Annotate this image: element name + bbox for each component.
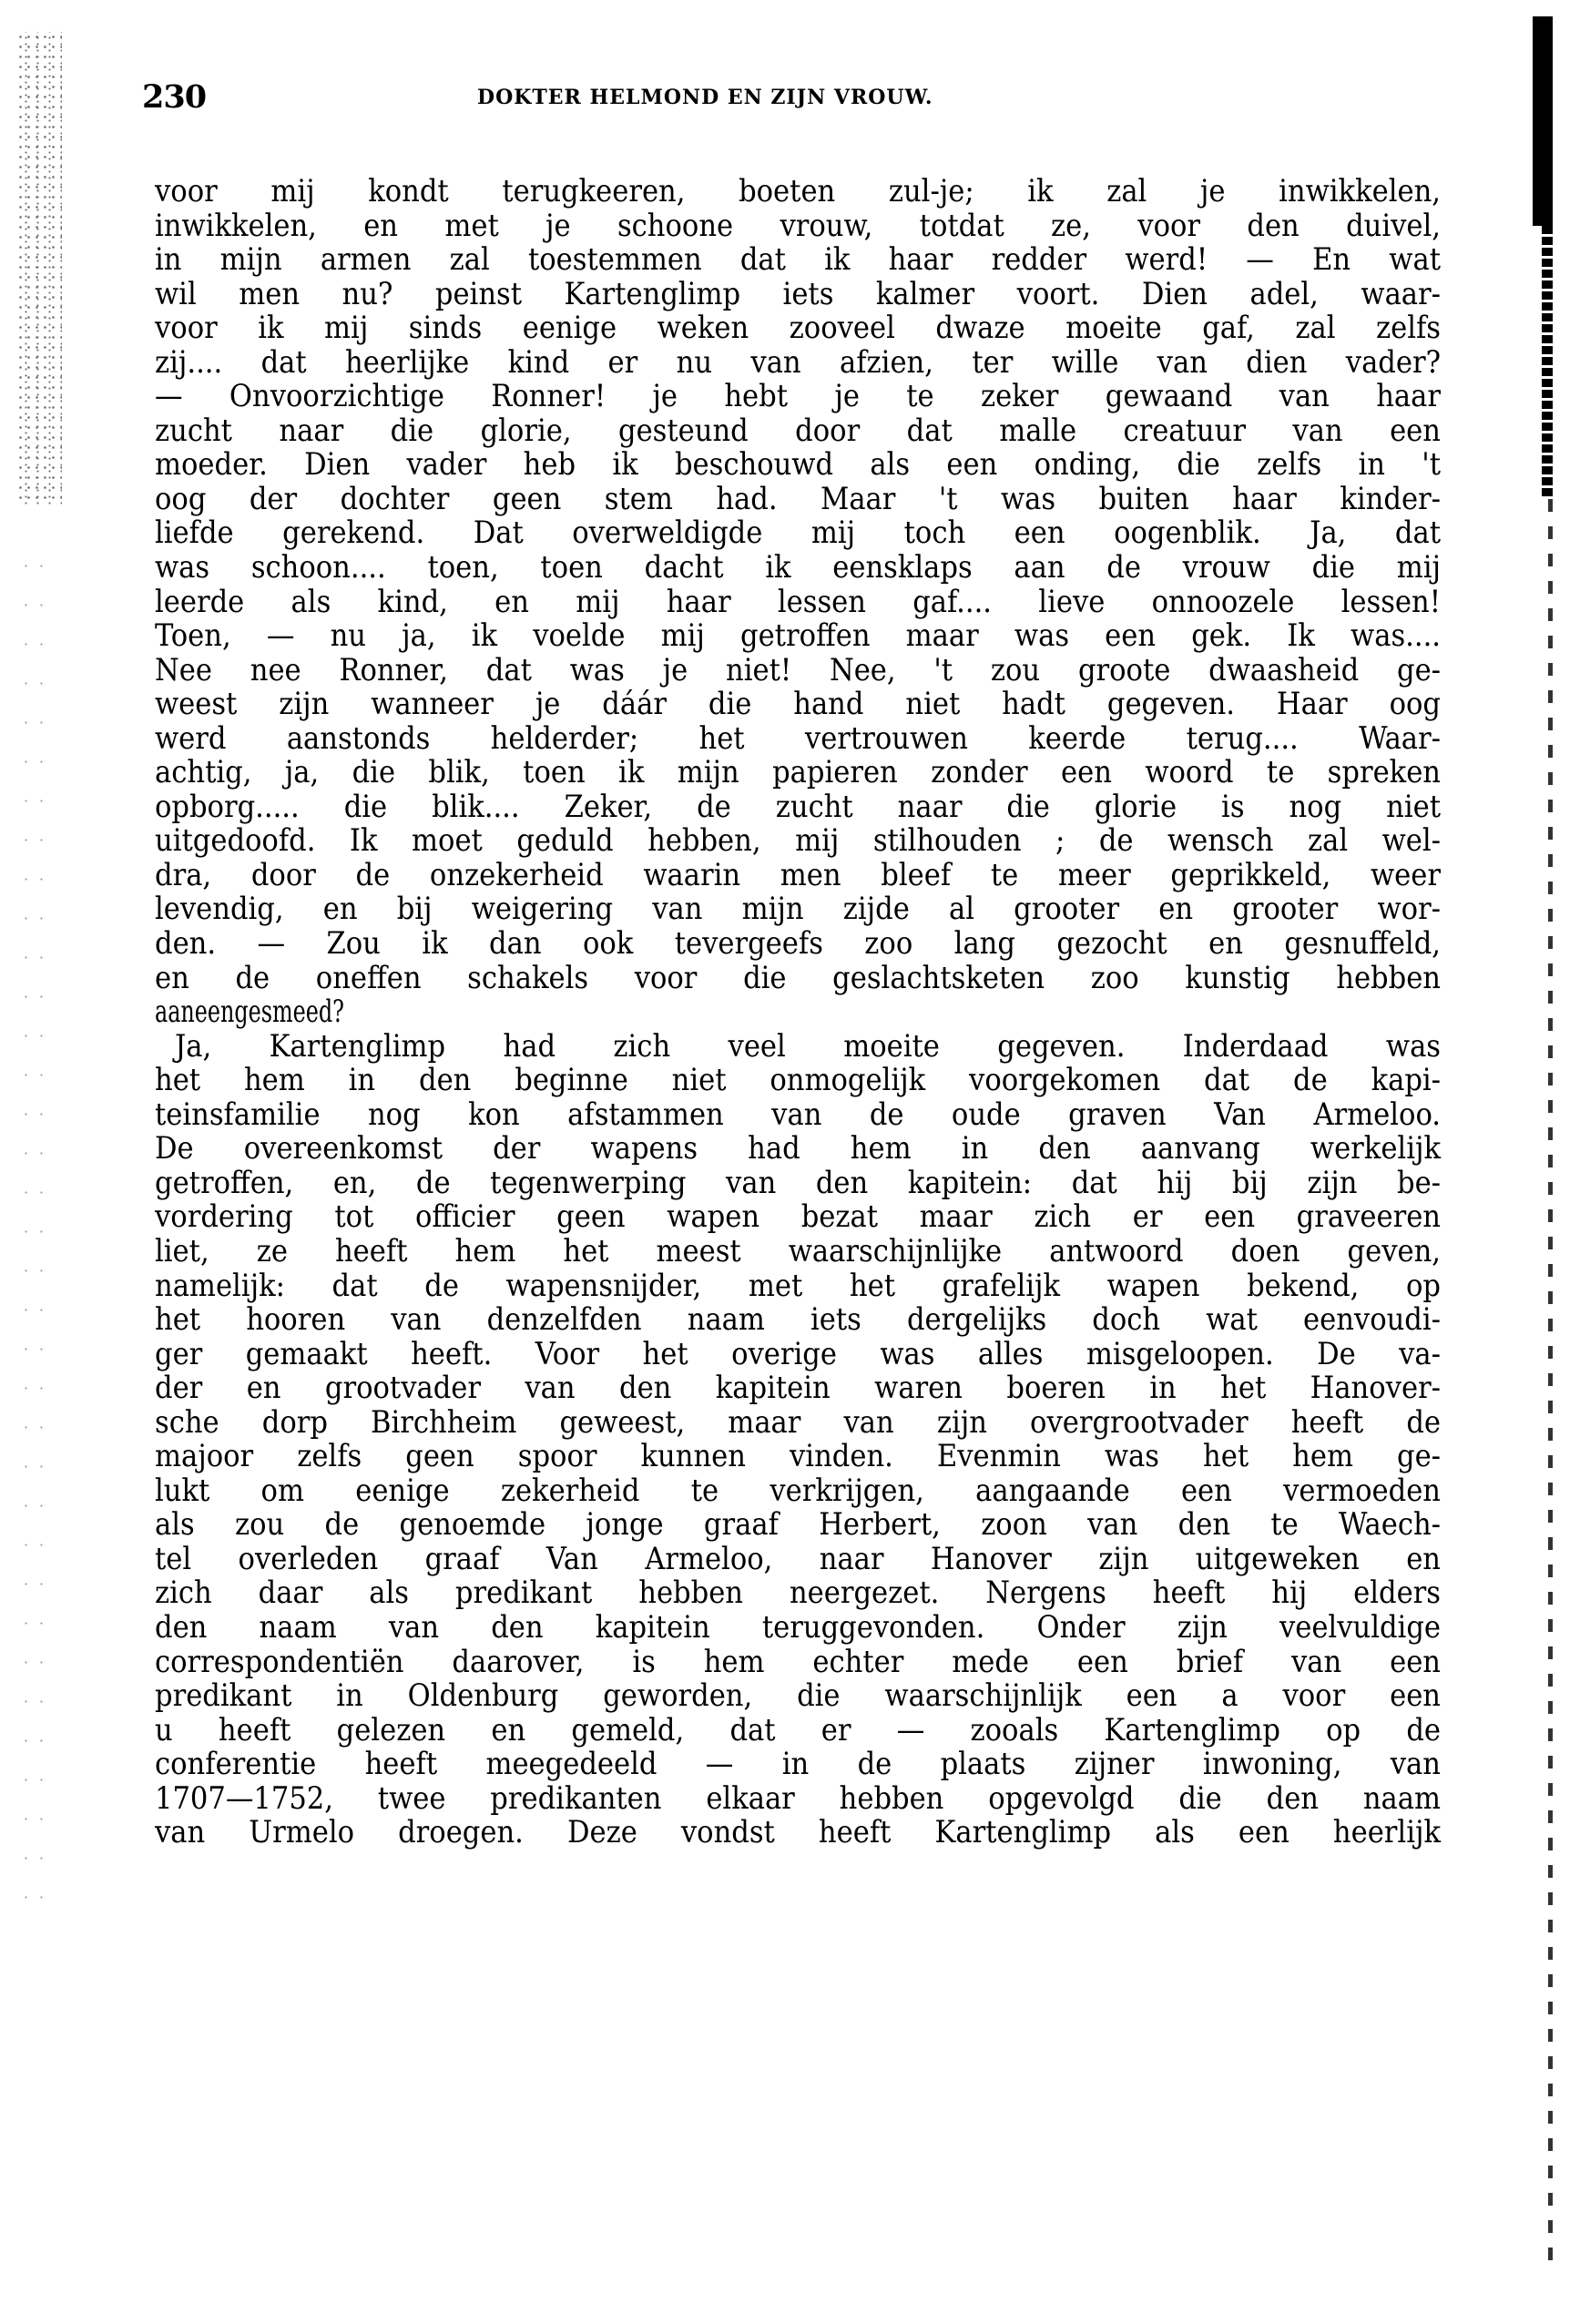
text-line: werd aanstonds helderder; het vertrouwen…: [155, 722, 1441, 757]
text-line: moeder. Dien vader heb ik beschouwd als …: [155, 448, 1441, 483]
text-line: zucht naar die glorie, gesteund door dat…: [155, 414, 1441, 449]
text-line: dra, door de onzekerheid waarin men blee…: [155, 859, 1441, 893]
scan-noise-left: [16, 32, 62, 505]
text-line: inwikkelen, en met je schoone vrouw, tot…: [155, 209, 1441, 244]
text-line: der en grootvader van den kapitein waren…: [155, 1371, 1441, 1406]
text-line: Toen, — nu ja, ik voelde mij getroffen m…: [155, 619, 1441, 654]
text-line-paragraph-start: Ja, Kartenglimp had zich veel moeite geg…: [155, 1030, 1441, 1065]
text-line: als zou de genoemde jonge graaf Herbert,…: [155, 1508, 1441, 1543]
text-line: achtig, ja, die blik, toen ik mijn papie…: [155, 756, 1441, 790]
running-title: DOKTER HELMOND EN ZIJN VROUW.: [477, 86, 933, 109]
text-line: den. — Zou ik dan ook tevergeefs zoo lan…: [155, 927, 1441, 962]
text-line: lukt om eenige zekerheid te verkrijgen, …: [155, 1474, 1441, 1509]
book-page: 230 DOKTER HELMOND EN ZIJN VROUW. voor m…: [0, 0, 1580, 2324]
text-line: was schoon.... toen, toen dacht ik eensk…: [155, 551, 1441, 586]
text-line: leerde als kind, en mij haar lessen gaf.…: [155, 586, 1441, 620]
text-line: het hooren van denzelfden naam iets derg…: [155, 1303, 1441, 1338]
text-line: conferentie heeft meegedeeld — in de pla…: [155, 1748, 1441, 1782]
text-line: wil men nu? peinst Kartenglimp iets kalm…: [155, 278, 1441, 312]
text-line: zij.... dat heerlijke kind er nu van afz…: [155, 346, 1441, 381]
text-line: den naam van den kapitein teruggevonden.…: [155, 1611, 1441, 1646]
text-line: weest zijn wanneer je dáár die hand niet…: [155, 688, 1441, 722]
text-line: correspondentiën daarover, is hem echter…: [155, 1646, 1441, 1680]
page-header: 230 DOKTER HELMOND EN ZIJN VROUW.: [142, 78, 1444, 115]
text-line: Nee nee Ronner, dat was je niet! Nee, 't…: [155, 654, 1441, 688]
text-line: 1707—1752, twee predikanten elkaar hebbe…: [155, 1782, 1441, 1817]
text-line: zich daar als predikant hebben neergezet…: [155, 1576, 1441, 1611]
text-line: het hem in den beginne niet onmogelijk v…: [155, 1064, 1441, 1098]
text-line: opborg..... die blik.... Zeker, de zucht…: [155, 790, 1441, 825]
text-line: levendig, en bij weigering van mijn zijd…: [155, 892, 1441, 927]
text-line: getroffen, en, de tegenwerping van den k…: [155, 1167, 1441, 1201]
text-line-paragraph-end: aaneengesmeed?: [155, 995, 1157, 1030]
text-line: voor mij kondt terugkeeren, boeten zul-j…: [155, 175, 1441, 209]
text-line: De overeenkomst der wapens had hem in de…: [155, 1132, 1441, 1167]
text-line: tel overleden graaf Van Armeloo, naar Ha…: [155, 1543, 1441, 1577]
scan-edge-right-lower: [1548, 499, 1553, 2275]
text-line: ger gemaakt heeft. Voor het overige was …: [155, 1338, 1441, 1372]
text-line: namelijk: dat de wapensnijder, met het g…: [155, 1269, 1441, 1304]
text-line: van Urmelo droegen. Deze vondst heeft Ka…: [155, 1816, 1441, 1850]
scan-noise-left-lower: [18, 546, 46, 1912]
text-line: oog der dochter geen stem had. Maar 't w…: [155, 483, 1441, 517]
page-number: 230: [142, 78, 206, 116]
text-line: u heeft gelezen en gemeld, dat er — zooa…: [155, 1714, 1441, 1748]
text-line: uitgedoofd. Ik moet geduld hebben, mij s…: [155, 824, 1441, 859]
text-line: vordering tot officier geen wapen bezat …: [155, 1200, 1441, 1235]
text-line: teinsfamilie nog kon afstammen van de ou…: [155, 1098, 1441, 1133]
text-line: predikant in Oldenburg geworden, die waa…: [155, 1679, 1441, 1714]
text-line: voor ik mij sinds eenige weken zooveel d…: [155, 311, 1441, 346]
text-line: liet, ze heeft hem het meest waarschijnl…: [155, 1235, 1441, 1269]
text-line: — Onvoorzichtige Ronner! je hebt je te z…: [155, 380, 1441, 414]
text-line: majoor zelfs geen spoor kunnen vinden. E…: [155, 1440, 1441, 1474]
scan-edge-right-mid: [1542, 226, 1553, 499]
text-line: sche dorp Birchheim geweest, maar van zi…: [155, 1406, 1441, 1441]
scan-edge-right: [1533, 16, 1553, 226]
text-line: liefde gerekend. Dat overweldigde mij to…: [155, 516, 1441, 551]
body-text: voor mij kondt terugkeeren, boeten zul-j…: [155, 175, 1441, 1850]
text-line: en de oneffen schakels voor die geslacht…: [155, 962, 1441, 996]
text-line: in mijn armen zal toestemmen dat ik haar…: [155, 243, 1441, 278]
